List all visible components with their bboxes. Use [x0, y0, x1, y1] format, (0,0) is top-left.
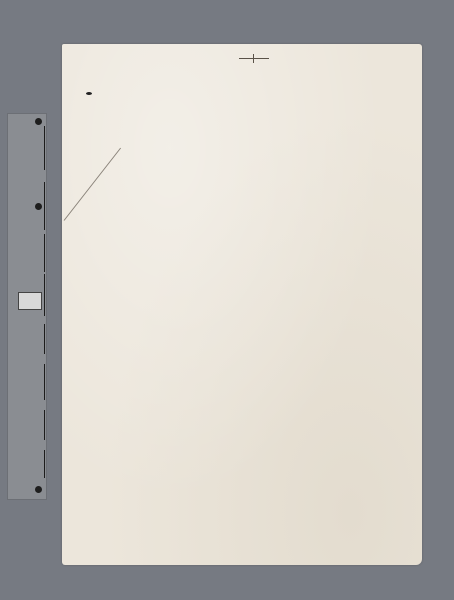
scale-bar [44, 324, 45, 354]
ink-dot-mark [86, 92, 92, 95]
grey-label-box [18, 292, 42, 310]
registration-mark-icon [35, 203, 42, 210]
scale-bar [44, 234, 45, 272]
scale-bar [44, 410, 45, 440]
scale-bar [44, 450, 45, 478]
registration-mark-icon [35, 118, 42, 125]
scale-bar [44, 364, 45, 400]
scale-bar [44, 274, 45, 316]
cross-mark-icon [239, 58, 269, 59]
margin-stroke-mark [64, 148, 121, 221]
registration-mark-icon [35, 486, 42, 493]
scale-bar [44, 182, 45, 230]
color-calibration-strip [7, 113, 47, 500]
manuscript-page [62, 44, 422, 565]
scale-bar [44, 126, 45, 170]
